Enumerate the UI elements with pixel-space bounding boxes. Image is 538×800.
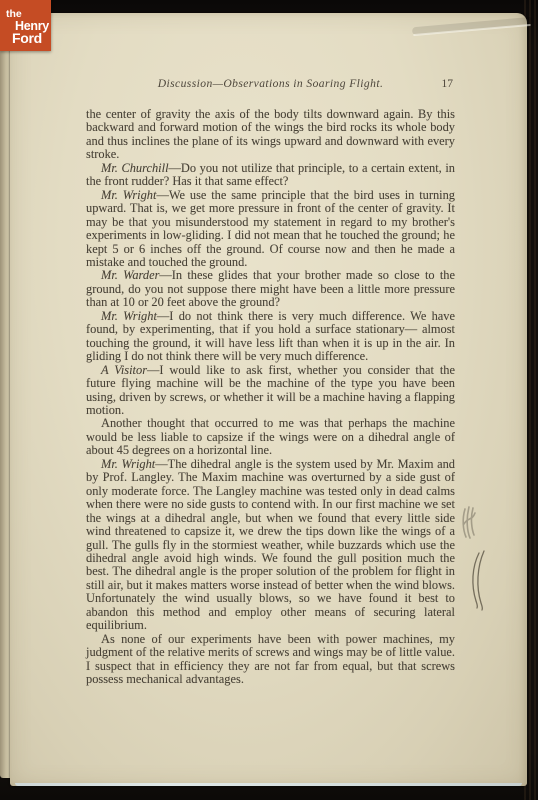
book-page: Discussion—Observations in Soaring Fligh… [10, 13, 527, 786]
page-header: Discussion—Observations in Soaring Fligh… [86, 77, 455, 92]
paragraph: Mr. Wright—We use the same principle tha… [86, 189, 455, 270]
speaker-name: Mr. Wright [101, 188, 156, 202]
speaker-name: Mr. Churchill [101, 161, 169, 175]
pencil-marginalia [460, 505, 488, 611]
paragraph: Mr. Wright—I do not think there is very … [86, 310, 455, 364]
paragraph: the center of gravity the axis of the bo… [86, 108, 455, 162]
paragraph: As none of our experiments have been wit… [86, 633, 455, 687]
speaker-name: A Visitor [101, 363, 147, 377]
pencil-double-stroke-mark [473, 551, 484, 610]
paragraph-text: the center of gravity the axis of the bo… [86, 107, 455, 161]
logo-text-ford: Ford [12, 31, 42, 45]
logo-text-the: the [6, 9, 22, 20]
pencil-scribble-mark [463, 507, 475, 538]
paragraph: Mr. Warder—In these glides that your bro… [86, 269, 455, 309]
paragraph-text: —The dihedral angle is the system used b… [86, 457, 455, 632]
speaker-name: Mr. Warder [101, 268, 159, 282]
page-number: 17 [442, 78, 454, 90]
henry-ford-logo: the Henry Ford [0, 0, 51, 51]
paragraph: A Visitor—I would like to ask first, whe… [86, 364, 455, 418]
speaker-name: Mr. Wright [101, 457, 155, 471]
paragraph-text: Another thought that occurred to me was … [86, 416, 455, 457]
paragraph: Mr. Churchill—Do you not utilize that pr… [86, 162, 455, 189]
scanned-book-photo: Discussion—Observations in Soaring Fligh… [0, 0, 538, 800]
speaker-name: Mr. Wright [101, 309, 157, 323]
paragraph: Mr. Wright—The dihedral angle is the sys… [86, 458, 455, 633]
paragraph-text: As none of our experiments have been wit… [86, 632, 455, 686]
paragraph: Another thought that occurred to me was … [86, 417, 455, 457]
body-text: the center of gravity the axis of the bo… [86, 108, 455, 686]
page-content: Discussion—Observations in Soaring Fligh… [86, 77, 455, 686]
running-title: Discussion—Observations in Soaring Fligh… [86, 77, 455, 90]
